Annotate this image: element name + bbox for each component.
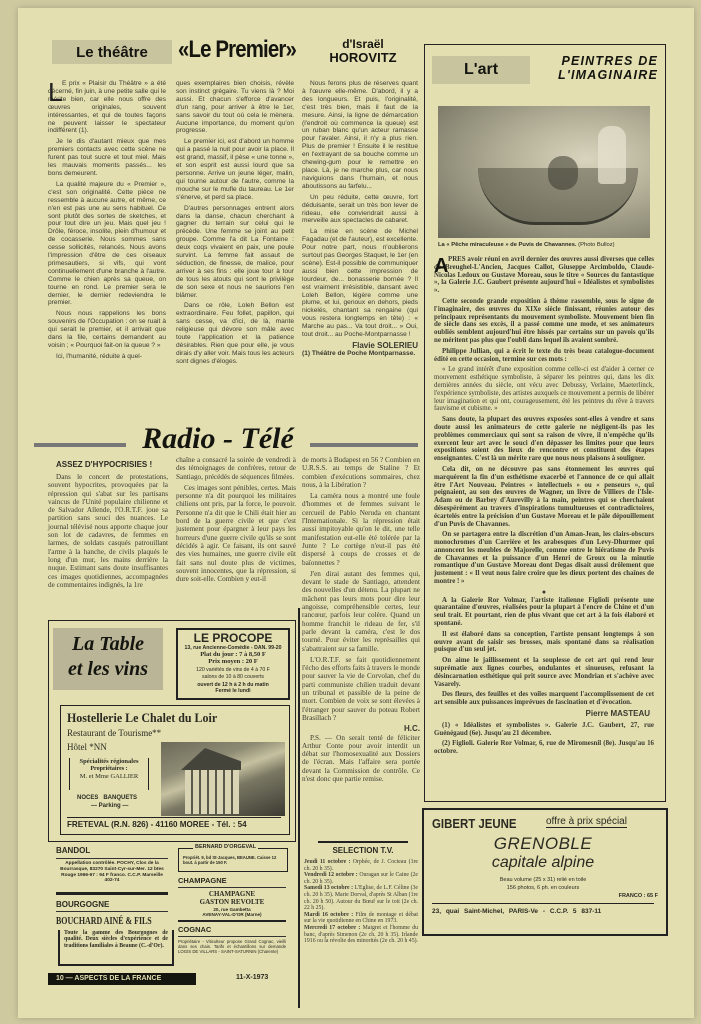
gibert-brand: GIBERT JEUNE xyxy=(432,816,517,831)
selection-day: Jeudi 11 octobre : xyxy=(304,859,350,865)
theatre-footnote: (1) Théâtre de Poche Montparnasse. xyxy=(302,350,418,358)
radio-ps: P.S. — On serait tenté de féliciter Arth… xyxy=(302,734,420,784)
caption-credit: (Photo Bulloz) xyxy=(578,242,614,248)
paragraph: J'en dirai autant des femmes qui, devant… xyxy=(302,570,420,653)
paragraph: La qualité majeure du « Premier », c'est… xyxy=(48,181,166,308)
paragraph: L'O.R.T.F. se fait quotidiennement l'éch… xyxy=(302,656,420,722)
orgeval-text: Propriét. 9, bd St-Jacques, BEAUNE. Cais… xyxy=(183,855,283,865)
newspaper-page: Le théâtre «Le Premier» d'Israël HOROVIT… xyxy=(18,8,694,1018)
selection-title: SELECTION T.V. xyxy=(306,846,420,855)
art-note: (2) Figlioli. Galerie Ror Volmar, 6, rue… xyxy=(434,740,654,756)
chalet-facade xyxy=(185,770,239,814)
bourgogne-underline xyxy=(56,911,168,912)
rubric-line2: et les vins xyxy=(53,657,163,682)
caption-text: La « Pêche miraculeuse » de Puvis de Cha… xyxy=(438,242,577,248)
art-title: PEINTRES DE L'IMAGINAIRE xyxy=(538,54,658,82)
orgeval-box: BERNARD D'ORGEVAL Propriét. 9, bd St-Jac… xyxy=(178,848,288,872)
procope-ferme: Fermé le lundi xyxy=(178,688,288,694)
figure-shape xyxy=(598,126,626,184)
radio-column-2: chaîne a consacré la soirée de vendredi … xyxy=(176,456,296,586)
folio-bar: 10 — ASPECTS DE LA FRANCE xyxy=(48,973,196,985)
gibert-offer: offre à prix spécial xyxy=(546,816,627,828)
champagne-heading: CHAMPAGNE xyxy=(178,876,227,885)
paragraph: La mise en scène de Michel Fagadau (et d… xyxy=(302,228,418,339)
chalet-restaurant: Restaurant de Tourisme** xyxy=(67,728,161,738)
painting-image xyxy=(438,106,650,238)
paragraph: A la Galerie Ror Volmar, l'artiste itali… xyxy=(434,597,654,628)
theatre-column-1: L E prix « Plaisir du Théâtre » a été dé… xyxy=(48,80,166,364)
selection-item: Mercredi 17 octobre : Maigret et l'homme… xyxy=(304,925,418,945)
champagne-brand: CHAMPAGNE GASTON REVOLTE xyxy=(178,891,286,906)
bandol-text: Appellation contrôlée. POCHY, Clos de la… xyxy=(56,861,168,884)
issue-date: 11-X-1973 xyxy=(236,974,268,981)
champagne-address: 20, rue Gambetta AVENAY-VAL-D'OR (Marne) xyxy=(178,907,286,918)
art-title-line2: L'IMAGINAIRE xyxy=(538,68,658,82)
gibert-title: GRENOBLE xyxy=(424,834,662,854)
paragraph: Des fleurs, des feuilles et des voiles m… xyxy=(434,691,654,707)
selection-day: Mardi 16 octobre : xyxy=(304,912,353,918)
dropcap-a: A xyxy=(434,256,448,276)
orgeval-heading: BERNARD D'ORGEVAL xyxy=(193,844,258,850)
paragraph: Je le dis d'autant mieux que mes premier… xyxy=(48,138,166,178)
champagne-rule xyxy=(178,920,286,922)
selection-list: Jeudi 11 octobre : Orphée, de J. Cocteau… xyxy=(304,859,418,945)
chalet-photo xyxy=(161,742,285,816)
theatre-signature: Flavie SOLERIEU xyxy=(302,342,418,350)
paragraph: On aime le jaillissement et la souplesse… xyxy=(434,657,654,688)
procope-salons: salons de 10 à 80 couverts xyxy=(178,674,288,680)
art-signature: Pierre MASTEAU xyxy=(434,710,650,718)
theatre-title: «Le Premier» xyxy=(178,36,296,64)
radio-signature: H.C. xyxy=(302,725,420,733)
procope-plat: Plat du jour : 7 à 8,50 F xyxy=(178,651,288,658)
art-rubric: L'art xyxy=(432,56,530,84)
champagne-underline xyxy=(178,887,286,888)
theatre-column-3: Nous ferons plus de réserves quant à l'œ… xyxy=(302,80,418,358)
gibert-subtitle: capitale alpine xyxy=(424,854,662,872)
paragraph: On se partagera entre la discrétion d'un… xyxy=(434,531,654,586)
paragraph: E prix « Plaisir du Théâtre » a été déce… xyxy=(48,80,166,135)
selection-item: Vendredi 12 octobre : Ouragan sur le Cai… xyxy=(304,872,418,885)
gibert-desc2: 156 photos, 6 ph. en couleurs xyxy=(424,885,662,891)
gibert-desc1: Beau volume (25 x 31) relié en toile xyxy=(424,877,662,883)
bandol-heading: BANDOL xyxy=(56,846,90,855)
art-note: (1) « Idéalistes et symbolistes ». Galer… xyxy=(434,722,654,738)
radio-column-1: Dans le concert de protestations, souven… xyxy=(48,473,168,592)
radio-title: Radio - Télé xyxy=(128,422,308,456)
owners: M. et Mme GALLIER xyxy=(70,773,148,781)
champagne-city: AVENAY-VAL-D'OR (Marne) xyxy=(178,912,286,917)
paragraph: Nous nous rappelions les bons souvenirs … xyxy=(48,310,166,350)
chalet-parking: — Parking — xyxy=(91,803,128,809)
bandol-rule xyxy=(56,892,168,895)
gibert-ad: GIBERT JEUNE offre à prix spécial GRENOB… xyxy=(422,808,668,936)
proprietaires-label: Propriétaires : xyxy=(70,766,148,773)
chalet-address: FRETEVAL (R.N. 826) - 41160 MOREE - Tél.… xyxy=(67,819,247,829)
selection-item: Jeudi 11 octobre : Orphée, de J. Cocteau… xyxy=(304,859,418,872)
paragraph: La caméra nous a montré une foule d'homm… xyxy=(302,492,420,567)
theatre-author: d'Israël HOROVITZ xyxy=(323,38,403,64)
paragraph: « Le grand intérêt d'une exposition comm… xyxy=(434,366,654,413)
table-vins-rubric: La Table et les vins xyxy=(53,628,163,690)
paragraph: Cette seconde grande exposition à thème … xyxy=(434,298,654,345)
selection-day: Mercredi 17 octobre : xyxy=(304,925,360,931)
selection-day: Vendredi 12 octobre : xyxy=(304,872,358,878)
rubric-line1: La Table xyxy=(53,632,163,657)
paragraph: Dans ce rôle, Loleh Bellon est extraordi… xyxy=(176,302,294,365)
radio-rule-left xyxy=(34,443,126,447)
chalet-rule xyxy=(67,817,281,818)
chalet-hotel: Hôtel *NN xyxy=(67,742,107,752)
paragraph: Ces images sont pénibles, certes. Mais p… xyxy=(176,484,296,584)
procope-ad: LE PROCOPE 13, rue Ancienne-Comédie - DA… xyxy=(176,628,290,700)
bouchard-brand: BOUCHARD AINÉ & FILS xyxy=(56,915,152,927)
dropcap-l: L xyxy=(48,80,62,104)
chalet-roof xyxy=(181,748,241,770)
paragraph: ques exemplaires bien choisis, révèle so… xyxy=(176,80,294,135)
cognac-text: Propriétaire - Viticulteur propose Grand… xyxy=(178,939,286,955)
gibert-price: FRANCO : 65 F xyxy=(619,893,658,899)
paragraph: Il est élaboré dans sa conception, l'art… xyxy=(434,631,654,654)
procope-name: LE PROCOPE xyxy=(178,631,288,645)
paragraph: Philippe Jullian, qui a écrit le texte d… xyxy=(434,348,654,364)
bouchard-text: Toute la gamme des Bourgognes de qualité… xyxy=(58,930,174,966)
chalet-ad: Hostellerie Le Chalet du Loir Restaurant… xyxy=(60,705,290,835)
paragraph: Un peu réduite, cette œuvre, fort déduis… xyxy=(302,194,418,226)
paragraph: Nous ferons plus de réserves quant à l'œ… xyxy=(302,80,418,191)
radio-rule-right xyxy=(310,443,418,447)
champagne-line2: GASTON REVOLTE xyxy=(178,899,286,907)
art-title-line1: PEINTRES DE xyxy=(538,54,658,68)
chalet-name: Hostellerie Le Chalet du Loir xyxy=(67,710,217,726)
chalet-noces: NOCES BANQUETS xyxy=(77,795,137,801)
art-text: A PRES avoir réuni en avril dernier des … xyxy=(434,256,654,759)
theatre-rubric: Le théâtre xyxy=(52,40,172,64)
paragraph: PRES avoir réuni en avril dernier des œu… xyxy=(434,256,654,295)
gibert-rule xyxy=(432,903,654,904)
paragraph: Le premier ici, est d'abord un homme qui… xyxy=(176,138,294,201)
selection-rule xyxy=(318,841,408,843)
gibert-address: 23, quai Saint-Michel, PARIS-Ve - C.C.P.… xyxy=(432,908,601,915)
bourgogne-heading: BOURGOGNE xyxy=(56,900,109,909)
paragraph: de morts à Budapest en 56 ? Combien en U… xyxy=(302,456,420,489)
section-bullet: ● xyxy=(434,589,654,597)
selection-item: Samedi 13 octobre : L'Eglise, de L.F. Cé… xyxy=(304,885,418,911)
cognac-heading: COGNAC xyxy=(178,925,211,934)
specialites: Spécialités régionales xyxy=(70,758,148,766)
radio-subhead: ASSEZ D'HYPOCRISIES ! xyxy=(56,460,152,469)
cognac-underline xyxy=(178,936,286,937)
theatre-column-2: ques exemplaires bien choisis, révèle so… xyxy=(176,80,294,369)
paragraph: Ici, l'humanité, réduite à quel- xyxy=(48,353,166,361)
selection-item: Mardi 16 octobre : Film de montage et dé… xyxy=(304,912,418,925)
specialites-box: Spécialités régionales Propriétaires : M… xyxy=(69,758,149,790)
paragraph: Cela dit, on ne découvre pas sans étonne… xyxy=(434,466,654,528)
figure-shape xyxy=(548,156,578,190)
radio-column-3: de morts à Budapest en 56 ? Combien en U… xyxy=(302,456,420,786)
paragraph: Sans doute, la plupart des œuvres exposé… xyxy=(434,416,654,463)
selection-day: Samedi 13 octobre : xyxy=(304,885,353,891)
procope-prix: Prix moyen : 20 F xyxy=(178,658,288,665)
painting-caption: La « Pêche miraculeuse » de Puvis de Cha… xyxy=(438,242,652,248)
bandol-underline xyxy=(56,858,168,859)
author-line2: HOROVITZ xyxy=(323,51,403,64)
column-divider xyxy=(298,608,300,1008)
paragraph: Dans le concert de protestations, souven… xyxy=(48,473,168,589)
paragraph: chaîne a consacré la soirée de vendredi … xyxy=(176,456,296,481)
paragraph: D'autres personnages entrent alors dans … xyxy=(176,205,294,300)
